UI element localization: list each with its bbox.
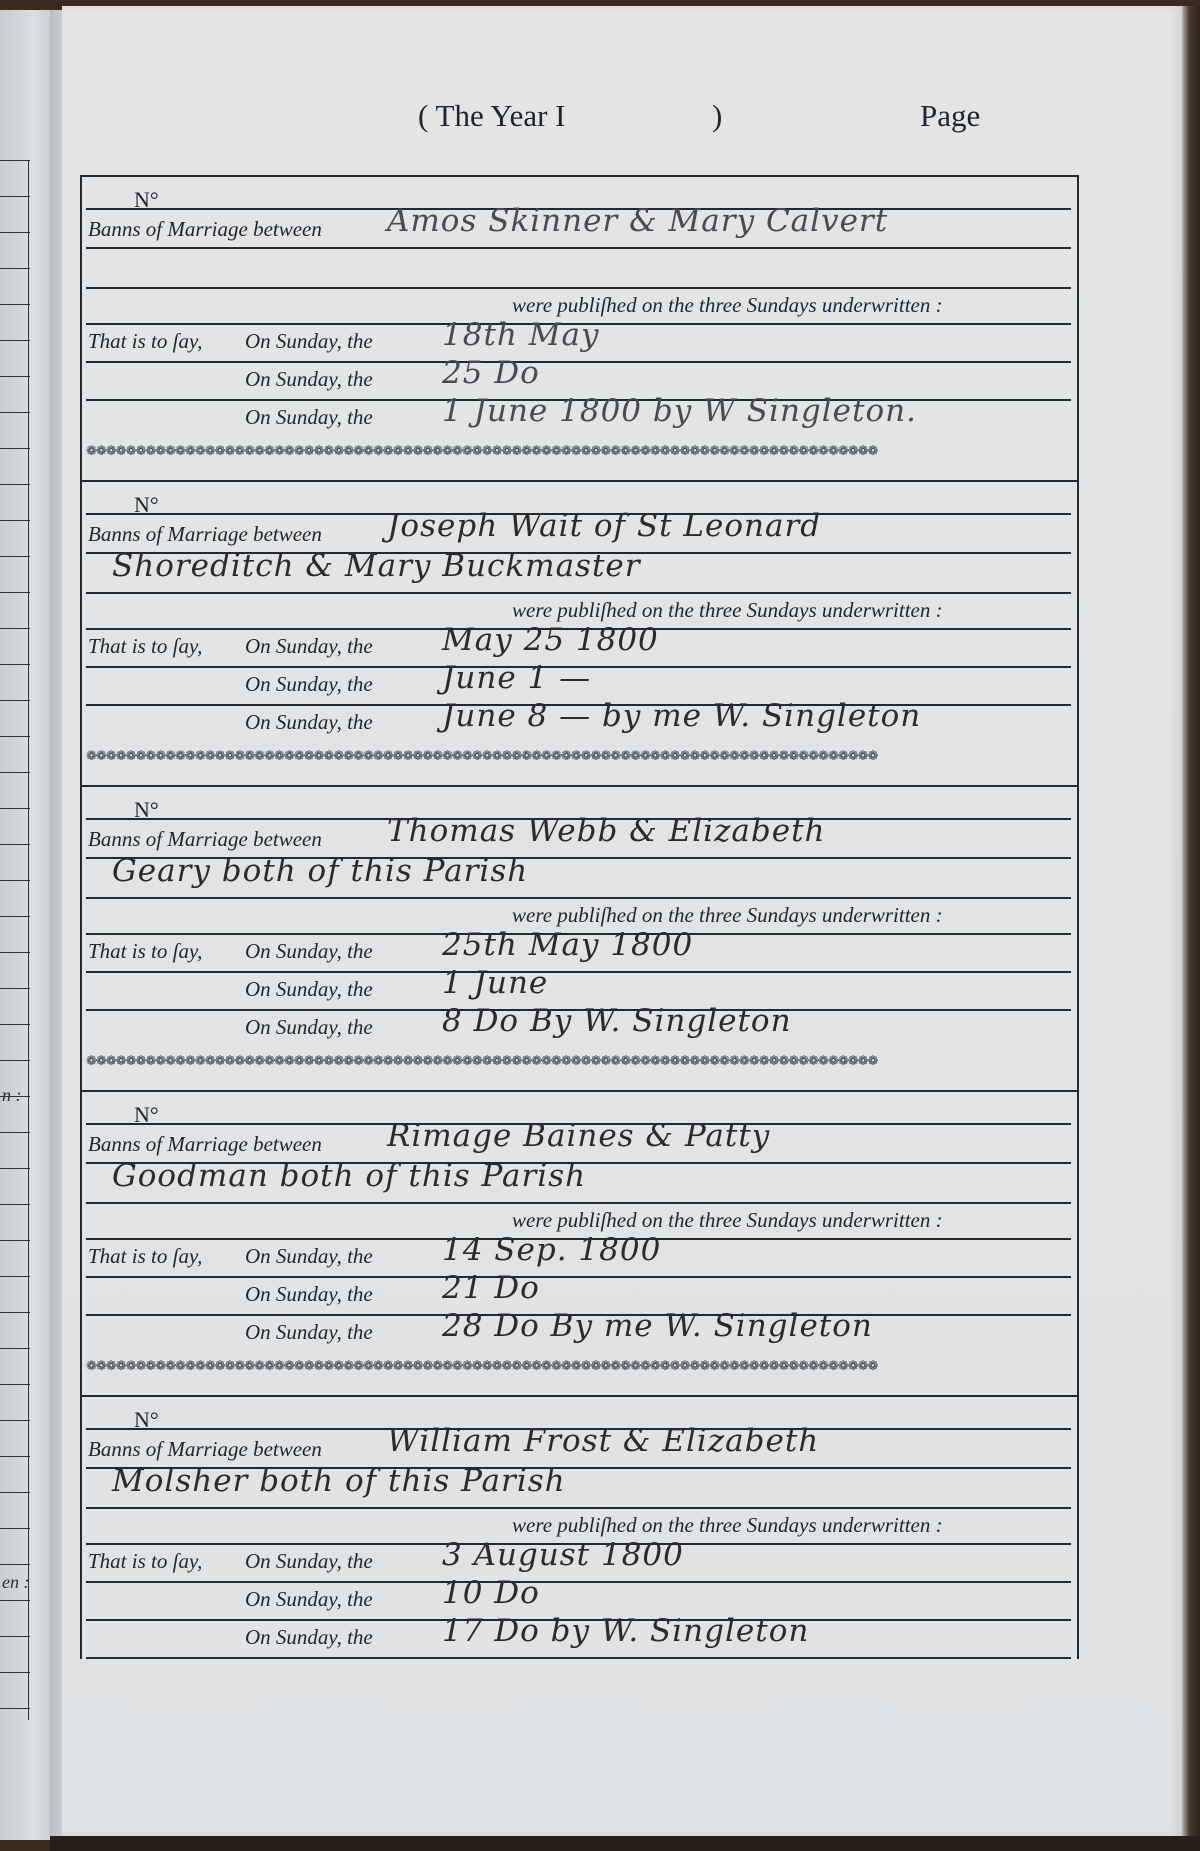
entry-top-rule bbox=[82, 1395, 1077, 1397]
entry-top-rule bbox=[82, 480, 1077, 482]
rule bbox=[86, 361, 1071, 363]
previous-page-rule bbox=[0, 412, 30, 413]
published-label: were publiſhed on the three Sundays unde… bbox=[512, 903, 943, 928]
previous-page-rule bbox=[0, 160, 30, 161]
previous-page-rule bbox=[0, 304, 30, 305]
parties-line-2: Shoreditch & Mary Buckmaster bbox=[112, 548, 641, 584]
rule bbox=[86, 897, 1071, 899]
sunday-3-date: 17 Do by W. Singleton bbox=[442, 1613, 809, 1649]
on-sunday-label-3: On Sunday, the bbox=[245, 710, 373, 735]
previous-page-rule bbox=[0, 1600, 30, 1601]
previous-page-rule bbox=[0, 1528, 30, 1529]
that-is-to-say-label: That is to ſay, bbox=[88, 939, 202, 964]
previous-page-rule bbox=[0, 736, 30, 737]
banns-label: Banns of Marriage between bbox=[88, 1437, 322, 1462]
book-edge bbox=[1182, 6, 1200, 1851]
previous-page-rule bbox=[0, 1672, 30, 1673]
previous-page-rule bbox=[0, 1456, 30, 1457]
year-close-paren: ) bbox=[712, 98, 722, 134]
book-bottom-edge bbox=[50, 1836, 1200, 1851]
on-sunday-label-1: On Sunday, the bbox=[245, 1244, 373, 1269]
rule bbox=[86, 1581, 1071, 1583]
previous-page-rule bbox=[0, 988, 30, 989]
previous-page-rule bbox=[0, 448, 30, 449]
sunday-3-date: 8 Do By W. Singleton bbox=[442, 1003, 792, 1039]
previous-page-rule bbox=[0, 1636, 30, 1637]
parties-line-1: William Frost & Elizabeth bbox=[387, 1423, 819, 1459]
previous-page-rule bbox=[0, 1060, 30, 1061]
banns-entry: N° Banns of Marriage between Rimage Bain… bbox=[82, 1090, 1077, 1395]
parties-line-1: Amos Skinner & Mary Calvert bbox=[387, 203, 888, 239]
on-sunday-label-2: On Sunday, the bbox=[245, 1282, 373, 1307]
on-sunday-label-3: On Sunday, the bbox=[245, 405, 373, 430]
previous-page-rule bbox=[0, 1276, 30, 1277]
on-sunday-label-1: On Sunday, the bbox=[245, 939, 373, 964]
banns-register-table: N° Banns of Marriage between Amos Skinne… bbox=[80, 175, 1079, 1659]
sunday-1-date: May 25 1800 bbox=[442, 622, 659, 658]
previous-page-fragment: en : bbox=[2, 1572, 29, 1593]
parties-line-2: Molsher both of this Parish bbox=[112, 1463, 566, 1499]
rule bbox=[86, 1276, 1071, 1278]
previous-page-rule bbox=[0, 700, 30, 701]
sunday-2-date: 1 June bbox=[442, 965, 548, 1001]
sunday-1-date: 3 August 1800 bbox=[442, 1537, 684, 1573]
previous-page-rule bbox=[0, 268, 30, 269]
entry-top-rule bbox=[82, 1090, 1077, 1092]
parties-line-1: Joseph Wait of St Leonard bbox=[387, 508, 821, 544]
published-label: were publiſhed on the three Sundays unde… bbox=[512, 1513, 943, 1538]
rule bbox=[86, 1507, 1071, 1509]
previous-page-rule bbox=[0, 1240, 30, 1241]
table-bottom-rule bbox=[86, 1657, 1071, 1659]
ornamental-divider: ❁❁❁❁❁❁❁❁❁❁❁❁❁❁❁❁❁❁❁❁❁❁❁❁❁❁❁❁❁❁❁❁❁❁❁❁❁❁❁❁… bbox=[86, 1360, 1071, 1374]
rule bbox=[86, 1202, 1071, 1204]
sunday-1-date: 14 Sep. 1800 bbox=[442, 1232, 661, 1268]
previous-page-rule bbox=[0, 1024, 30, 1025]
previous-page-rule bbox=[0, 484, 30, 485]
banns-label: Banns of Marriage between bbox=[88, 1132, 322, 1157]
previous-page-rule bbox=[0, 1348, 30, 1349]
banns-entry: N° Banns of Marriage between Joseph Wait… bbox=[82, 480, 1077, 785]
previous-page-rule bbox=[0, 1384, 30, 1385]
on-sunday-label-1: On Sunday, the bbox=[245, 1549, 373, 1574]
published-label: were publiſhed on the three Sundays unde… bbox=[512, 598, 943, 623]
on-sunday-label-1: On Sunday, the bbox=[245, 634, 373, 659]
previous-page-rule bbox=[0, 772, 30, 773]
banns-label: Banns of Marriage between bbox=[88, 522, 322, 547]
ornamental-divider: ❁❁❁❁❁❁❁❁❁❁❁❁❁❁❁❁❁❁❁❁❁❁❁❁❁❁❁❁❁❁❁❁❁❁❁❁❁❁❁❁… bbox=[86, 750, 1071, 764]
previous-page-rule bbox=[0, 664, 30, 665]
on-sunday-label-2: On Sunday, the bbox=[245, 1587, 373, 1612]
previous-page-rule bbox=[0, 952, 30, 953]
rule bbox=[86, 247, 1071, 249]
sunday-3-date: 28 Do By me W. Singleton bbox=[442, 1308, 873, 1344]
ornamental-divider: ❁❁❁❁❁❁❁❁❁❁❁❁❁❁❁❁❁❁❁❁❁❁❁❁❁❁❁❁❁❁❁❁❁❁❁❁❁❁❁❁… bbox=[86, 1055, 1071, 1069]
sunday-1-date: 25th May 1800 bbox=[442, 927, 693, 963]
sunday-2-date: 25 Do bbox=[442, 355, 540, 391]
previous-page-rule bbox=[0, 1168, 30, 1169]
rule bbox=[86, 592, 1071, 594]
previous-page-rule bbox=[0, 916, 30, 917]
sunday-2-date: June 1 — bbox=[442, 660, 591, 696]
previous-page-rule bbox=[0, 196, 30, 197]
that-is-to-say-label: That is to ſay, bbox=[88, 1244, 202, 1269]
parties-line-1: Rimage Baines & Patty bbox=[387, 1118, 770, 1154]
previous-page-rule bbox=[0, 1564, 30, 1565]
published-label: were publiſhed on the three Sundays unde… bbox=[512, 293, 943, 318]
previous-page-rule bbox=[0, 1096, 30, 1097]
previous-page-rule bbox=[0, 1204, 30, 1205]
entry-top-rule bbox=[82, 785, 1077, 787]
previous-page-rule bbox=[0, 1420, 30, 1421]
parties-line-2: Geary both of this Parish bbox=[112, 853, 528, 889]
previous-page-rule bbox=[0, 628, 30, 629]
previous-page-rule bbox=[0, 1708, 30, 1709]
rule bbox=[86, 287, 1071, 289]
previous-page-rule bbox=[0, 592, 30, 593]
rule bbox=[86, 971, 1071, 973]
year-label: ( The Year I bbox=[418, 98, 566, 134]
previous-page-rule bbox=[0, 556, 30, 557]
on-sunday-label-2: On Sunday, the bbox=[245, 977, 373, 1002]
that-is-to-say-label: That is to ſay, bbox=[88, 634, 202, 659]
banns-entry: N° Banns of Marriage between Amos Skinne… bbox=[82, 175, 1077, 480]
that-is-to-say-label: That is to ſay, bbox=[88, 329, 202, 354]
banns-entry: N° Banns of Marriage between Thomas Webb… bbox=[82, 785, 1077, 1090]
previous-page-rule bbox=[0, 520, 30, 521]
previous-page-rule bbox=[0, 1312, 30, 1313]
previous-page-border bbox=[28, 160, 29, 1720]
previous-page-rule bbox=[0, 880, 30, 881]
on-sunday-label-3: On Sunday, the bbox=[245, 1015, 373, 1040]
published-label: were publiſhed on the three Sundays unde… bbox=[512, 1208, 943, 1233]
previous-page-rule bbox=[0, 1492, 30, 1493]
banns-entry: N° Banns of Marriage between William Fro… bbox=[82, 1395, 1077, 1700]
sunday-3-date: 1 June 1800 by W Singleton. bbox=[442, 393, 917, 429]
entry-top-rule bbox=[82, 175, 1077, 177]
on-sunday-label-3: On Sunday, the bbox=[245, 1320, 373, 1345]
previous-page-rule bbox=[0, 340, 30, 341]
ornamental-divider: ❁❁❁❁❁❁❁❁❁❁❁❁❁❁❁❁❁❁❁❁❁❁❁❁❁❁❁❁❁❁❁❁❁❁❁❁❁❁❁❁… bbox=[86, 445, 1071, 459]
on-sunday-label-3: On Sunday, the bbox=[245, 1625, 373, 1650]
previous-page-rule bbox=[0, 808, 30, 809]
page-header: ( The Year I ) Page bbox=[0, 98, 1200, 148]
on-sunday-label-2: On Sunday, the bbox=[245, 367, 373, 392]
banns-label: Banns of Marriage between bbox=[88, 217, 322, 242]
sunday-2-date: 21 Do bbox=[442, 1270, 540, 1306]
page-number-label: Page bbox=[920, 98, 980, 134]
sunday-1-date: 18th May bbox=[442, 317, 599, 353]
on-sunday-label-1: On Sunday, the bbox=[245, 329, 373, 354]
parties-line-1: Thomas Webb & Elizabeth bbox=[387, 813, 826, 849]
banns-label: Banns of Marriage between bbox=[88, 827, 322, 852]
previous-page-rule bbox=[0, 232, 30, 233]
sunday-2-date: 10 Do bbox=[442, 1575, 540, 1611]
parties-line-2: Goodman both of this Parish bbox=[112, 1158, 586, 1194]
previous-page-rule bbox=[0, 376, 30, 377]
that-is-to-say-label: That is to ſay, bbox=[88, 1549, 202, 1574]
previous-page-rule bbox=[0, 1132, 30, 1133]
sunday-3-date: June 8 — by me W. Singleton bbox=[442, 698, 921, 734]
on-sunday-label-2: On Sunday, the bbox=[245, 672, 373, 697]
previous-page-rule bbox=[0, 844, 30, 845]
